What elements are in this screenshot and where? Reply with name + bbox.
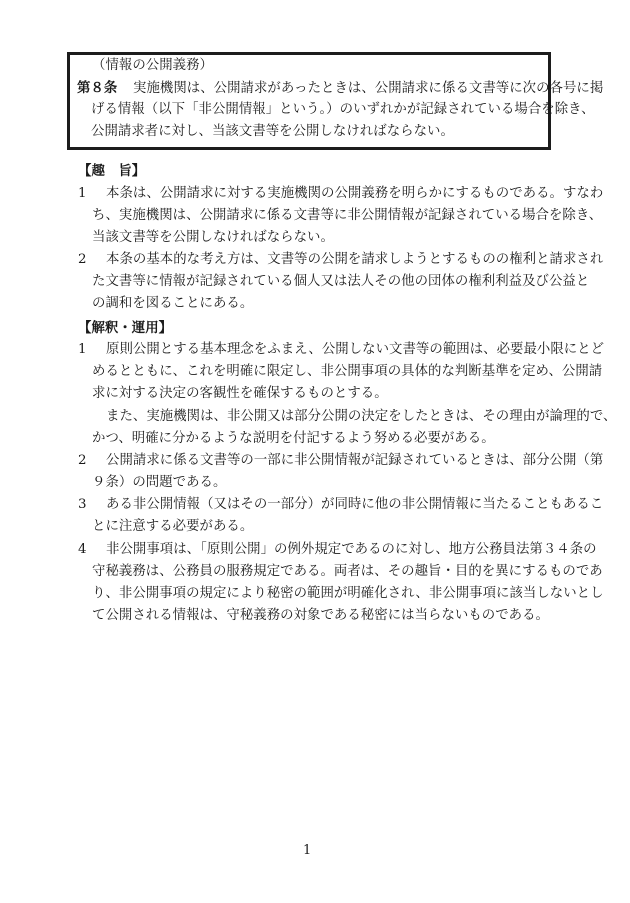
interp-item-4-line-2: 守秘義務は、公務員の服務規定である。両者は、その趣旨・目的を異にするものであ — [92, 564, 603, 580]
interp-item-3-line-2: とに注意する必要がある。 — [92, 519, 253, 535]
item-text: 本条の基本的な考え方は、文書等の公開を請求しようとするものの権利と請求され — [106, 252, 603, 267]
article-line-3: 公開請求者に対し、当該文書等を公開しなければならない。 — [91, 124, 454, 140]
item-text: ある非公開情報（又はその一部分）が同時に他の非公開情報に当たることもあるこ — [106, 497, 603, 512]
document-page: （情報の公開義務） 第８条実施機関は、公開請求があったときは、公開請求に係る文書… — [0, 0, 630, 903]
interp-item-1-line-4: また、実施機関は、非公開又は部分公開の決定をしたときは、その理由が論理的で、 — [106, 409, 616, 425]
item-number: 4 — [78, 542, 106, 558]
item-text: 非公開事項は、「原則公開」の例外規定であるのに対し、地方公務員法第３４条の — [106, 542, 597, 557]
interp-item-4-line-4: て公開される情報は、守秘義務の対象である秘密には当らないものである。 — [92, 608, 549, 624]
article-number: 第８条 — [77, 80, 133, 96]
purpose-item-1-line-1: 1本条は、公開請求に対する実施機関の公開義務を明らかにするものである。すなわ — [78, 186, 603, 202]
purpose-item-2-line-1: 2本条の基本的な考え方は、文書等の公開を請求しようとするものの権利と請求され — [78, 252, 603, 268]
item-text: 本条は、公開請求に対する実施機関の公開義務を明らかにするものである。すなわ — [106, 186, 603, 201]
interp-item-1-line-3: 求に対する決定の客観性を確保するものとする。 — [92, 386, 388, 402]
interp-item-1-line-5: かつ、明確に分かるような説明を付記するよう努める必要がある。 — [92, 431, 495, 447]
page-number: 1 — [303, 843, 311, 858]
interp-item-3-line-1: 3ある非公開情報（又はその一部分）が同時に他の非公開情報に当たることもあるこ — [78, 497, 603, 513]
purpose-item-2-line-2: た文書等に情報が記録されている個人又は法人その他の団体の権利利益及び公益と — [92, 274, 589, 290]
interp-item-2-line-1: 2公開請求に係る文書等の一部に非公開情報が記録されているときは、部分公開（第 — [78, 453, 603, 469]
item-text: 公開請求に係る文書等の一部に非公開情報が記録されているときは、部分公開（第 — [106, 453, 603, 468]
item-number: 3 — [78, 497, 106, 513]
purpose-item-2-line-3: の調和を図ることにある。 — [92, 296, 253, 312]
interp-item-2-line-2: ９条）の問題である。 — [92, 475, 226, 491]
article-text: 実施機関は、公開請求があったときは、公開請求に係る文書等に次の各号に掲 — [133, 81, 603, 96]
interpretation-heading: 【解釈・運用】 — [78, 320, 172, 336]
item-number: 2 — [78, 453, 106, 469]
purpose-item-1-line-3: 当該文書等を公開しなければならない。 — [92, 230, 334, 246]
interp-item-4-line-1: 4非公開事項は、「原則公開」の例外規定であるのに対し、地方公務員法第３４条の — [78, 542, 597, 558]
article-caption: （情報の公開義務） — [92, 58, 213, 74]
purpose-heading: 【趣 旨】 — [78, 163, 145, 179]
item-number: 1 — [78, 342, 106, 358]
purpose-item-1-line-2: ち、実施機関は、公開請求に係る文書等に非公開情報が記録されている場合を除き、 — [92, 208, 602, 224]
item-number: 2 — [78, 252, 106, 268]
interp-item-1-line-1: 1原則公開とする基本理念をふまえ、公開しない文書等の範囲は、必要最小限にとど — [78, 342, 604, 358]
article-line-1: 第８条実施機関は、公開請求があったときは、公開請求に係る文書等に次の各号に掲 — [77, 80, 603, 97]
article-line-2: げる情報（以下「非公開情報」という。）のいずれかが記録されている場合を除き、 — [91, 102, 595, 118]
interp-item-4-line-3: り、非公開事項の規定により秘密の範囲が明確化され、非公開事項に該当しないとし — [92, 586, 604, 602]
item-number: 1 — [78, 186, 106, 202]
interp-item-1-line-2: めるとともに、これを明確に限定し、非公開事項の具体的な判断基準を定め、公開請 — [92, 364, 602, 380]
item-text: 原則公開とする基本理念をふまえ、公開しない文書等の範囲は、必要最小限にとど — [106, 342, 604, 357]
